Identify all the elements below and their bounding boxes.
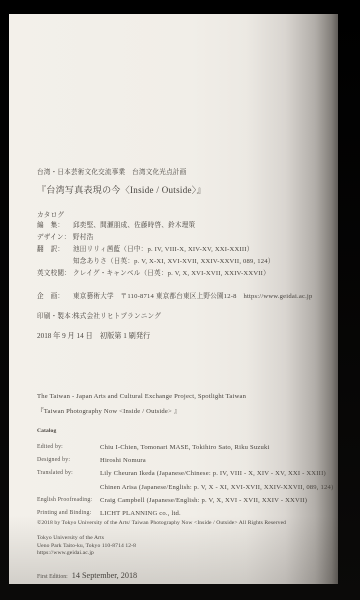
jp-book-title: 『台湾写真表現の今〈Inside / Outside〉』	[37, 183, 206, 196]
jp-publisher-label: 企 画：	[37, 291, 73, 303]
jp-credit-row-edited: 編 集： 邱奕堅、間瀬朋成、佐藤時啓、鈴木理策	[37, 220, 274, 232]
jp-printing-row: 印刷・製本： 株式会社リヒトプランニング	[37, 311, 161, 323]
jp-credit-value: 邱奕堅、間瀬朋成、佐藤時啓、鈴木理策	[73, 220, 195, 232]
jp-credit-value: 知念ありさ（日英：p. V, X-XI, XVI-XVII, XXIV-XXVI…	[73, 256, 274, 268]
jp-publisher-value: 東京藝術大学 〒110-8714 東京都台東区上野公園12-8 https://…	[73, 291, 312, 303]
en-credit-value: Hiroshi Nomura	[100, 454, 146, 467]
en-credit-label: Designed by:	[37, 454, 100, 467]
en-credit-value: Chinen Arisa (Japanese/English: p. V, X …	[100, 481, 333, 494]
jp-publisher-row: 企 画： 東京藝術大学 〒110-8714 東京都台東区上野公園12-8 htt…	[37, 291, 312, 303]
jp-publisher-line: 企 画： 東京藝術大学 〒110-8714 東京都台東区上野公園12-8 htt…	[37, 291, 312, 303]
jp-credit-label: デザイン：	[37, 232, 73, 244]
en-credit-row-printing: Printing and Binding: LICHT PLANNING co.…	[37, 507, 333, 520]
en-book-title: 『Taiwan Photography Now <Inside / Outsid…	[37, 405, 246, 415]
first-edition-line: First Edition: 14 September, 2018	[37, 565, 137, 583]
en-credit-value: Chiu I-Chien, Tomonari MASE, Tokihiro Sa…	[100, 441, 270, 454]
address-line-university: Tokyo University of the Arts	[37, 535, 136, 543]
jp-printing-value: 株式会社リヒトプランニング	[73, 311, 161, 323]
jp-credit-value: クレイグ・キャンベル（日英：p. V, X, XVI-XVII, XXIV-XX…	[73, 268, 270, 280]
address-line-street: Ueno Park Taito-ku, Tokyo 110-8714 12-8	[37, 543, 136, 551]
en-credit-row-edited: Edited by: Chiu I-Chien, Tomonari MASE, …	[37, 441, 333, 454]
en-credit-row-translated: Translated by: Lily Cheuran Ikeda (Japan…	[37, 467, 333, 480]
en-credit-value: Lily Cheuran Ikeda (Japanese/Chinese: p.…	[100, 467, 326, 480]
en-credits-list: Edited by: Chiu I-Chien, Tomonari MASE, …	[37, 441, 333, 520]
jp-printing-label: 印刷・製本：	[37, 311, 73, 323]
colophon-page: 台湾・日本芸術文化交流事業 台湾文化光点計画 『台湾写真表現の今〈Inside …	[9, 14, 338, 584]
address-line-url: https://www.geidai.ac.jp	[37, 550, 136, 558]
jp-credit-row-proofreading: 英文校閲： クレイグ・キャンベル（日英：p. V, X, XVI-XVII, X…	[37, 268, 274, 280]
en-credit-label: Translated by:	[37, 467, 100, 480]
en-credit-label: Edited by:	[37, 441, 100, 454]
en-credit-value: Craig Campbell (Japanese/English: p. V, …	[100, 494, 307, 507]
jp-credit-label	[37, 256, 73, 268]
jp-edition-line: 2018 年 9 月 14 日 初版第 1 刷発行	[37, 331, 150, 341]
jp-credits-list: 編 集： 邱奕堅、間瀬朋成、佐藤時啓、鈴木理策 デザイン： 野村浩 翻 訳： 池…	[37, 220, 274, 280]
jp-credit-label: 英文校閲：	[37, 268, 73, 280]
publisher-address: Tokyo University of the Arts Ueno Park T…	[37, 535, 136, 558]
jp-credit-row-translated2: 知念ありさ（日英：p. V, X-XI, XVI-XVII, XXIV-XXVI…	[37, 256, 274, 268]
copyright-line: ©2018 by Tokyo University of the Arts/ T…	[37, 520, 286, 526]
en-catalog-label: Catalog	[37, 428, 56, 434]
en-header: The Taiwan - Japan Arts and Cultural Exc…	[37, 393, 246, 415]
en-credit-value: LICHT PLANNING co., ltd.	[100, 507, 181, 520]
en-credit-label: Printing and Binding:	[37, 507, 100, 520]
first-edition-label: First Edition:	[37, 574, 68, 580]
jp-header: 台湾・日本芸術文化交流事業 台湾文化光点計画 『台湾写真表現の今〈Inside …	[37, 166, 206, 196]
en-credit-row-designed: Designed by: Hiroshi Nomura	[37, 454, 333, 467]
en-project-line: The Taiwan - Japan Arts and Cultural Exc…	[37, 393, 246, 400]
jp-project-line: 台湾・日本芸術文化交流事業 台湾文化光点計画	[37, 166, 206, 176]
en-credit-row-translated2: Chinen Arisa (Japanese/English: p. V, X …	[37, 481, 333, 494]
jp-credit-label: 編 集：	[37, 220, 73, 232]
en-credit-label	[37, 481, 100, 494]
en-credit-row-proofreading: English Proofreading: Craig Campbell (Ja…	[37, 494, 333, 507]
first-edition-date: 14 September, 2018	[72, 571, 137, 580]
en-credit-label: English Proofreading:	[37, 494, 100, 507]
jp-printing-line: 印刷・製本： 株式会社リヒトプランニング	[37, 311, 161, 323]
photo-background: 台湾・日本芸術文化交流事業 台湾文化光点計画 『台湾写真表現の今〈Inside …	[0, 0, 360, 600]
jp-credit-row-designed: デザイン： 野村浩	[37, 232, 274, 244]
jp-credit-row-translated: 翻 訳： 池田リリィ茜藍（日中：p. IV, VIII-X, XIV-XV, X…	[37, 244, 274, 256]
jp-credit-label: 翻 訳：	[37, 244, 73, 256]
jp-credit-value: 野村浩	[73, 232, 93, 244]
jp-catalog-label: カタログ	[37, 209, 64, 219]
jp-credit-value: 池田リリィ茜藍（日中：p. IV, VIII-X, XIV-XV, XXI-XX…	[73, 244, 253, 256]
